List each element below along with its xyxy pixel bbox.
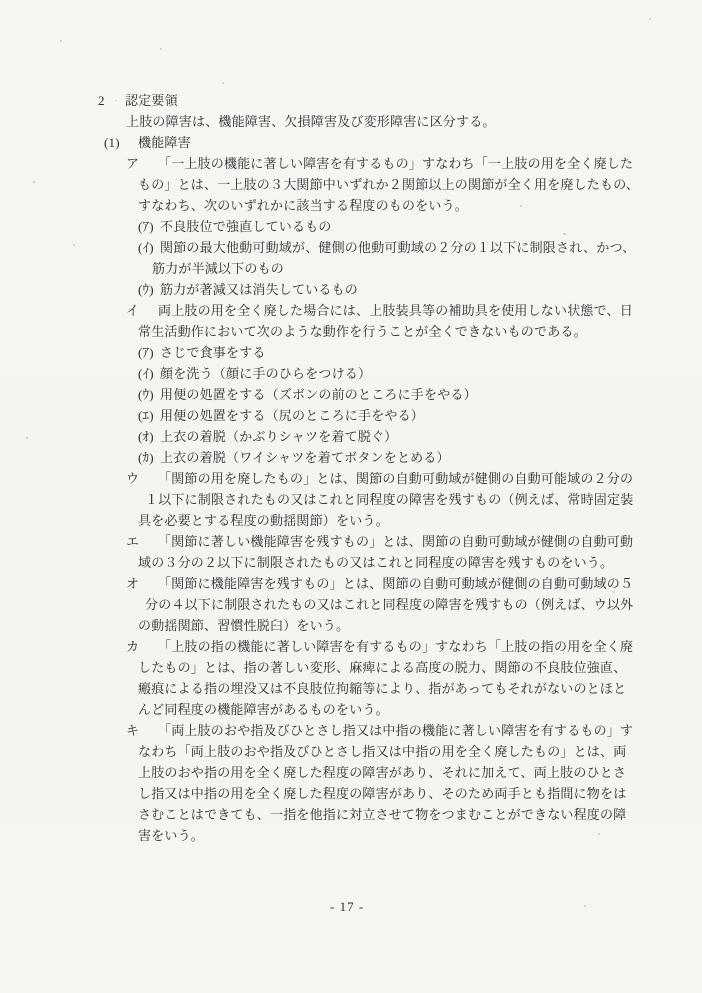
- doc-line: (ｳ)用便の処置をする（ズボンの前のところに手をやる）: [0, 384, 702, 405]
- line-label: エ: [126, 531, 158, 552]
- doc-line: エ「関節に著しい機能障害を残すもの」とは、関節の自動可動域が健側の自動可動: [0, 531, 702, 552]
- line-text: 上肢のおや指の用を全く廃した程度の障害があり、それに加えて、両上肢のひとさ: [138, 765, 626, 780]
- line-text: 常生活動作において次のような動作を行うことが全くできないものである。: [138, 324, 587, 339]
- line-text: 顔を洗う（顔に手のひらをつける）: [160, 366, 371, 381]
- doc-line: １以下に制限されたもの又はこれと同程度の障害を残すもの（例えば、常時固定装: [0, 489, 702, 510]
- doc-line: (ｵ)上衣の着脱（かぶりシャツを着て脱ぐ）: [0, 426, 702, 447]
- doc-line: 瘢痕による指の埋没又は不良肢位拘縮等により、指があってもそれがないのとほと: [0, 678, 702, 699]
- doc-line: 具を必要とする程度の動揺関節）をいう。: [0, 510, 702, 531]
- doc-line: キ「両上肢のおや指及びひとさし指又は中指の機能に著しい障害を有するもの」す: [0, 720, 702, 741]
- line-text: 害をいう。: [138, 828, 204, 843]
- doc-line: (ｱ)不良肢位で強直しているもの: [0, 216, 702, 237]
- line-label: 2: [98, 90, 125, 111]
- line-text: んど同程度の機能障害があるものをいう。: [138, 702, 389, 717]
- scan-speck: [222, 82, 224, 84]
- line-text: したもの」とは、指の著しい変形、麻痺による高度の脱力、関節の不良肢位強直、: [138, 660, 626, 675]
- line-label: (ｵ): [138, 426, 160, 447]
- line-text: の動揺関節、習慣性脱臼）をいう。: [138, 618, 349, 633]
- line-label: (ｴ): [138, 405, 160, 426]
- line-label: ウ: [126, 468, 158, 489]
- line-label: (ｶ): [138, 447, 160, 468]
- line-text: 不良肢位で強直しているもの: [160, 219, 332, 234]
- scan-speck: [60, 40, 62, 42]
- doc-line: 筋力が半減以下のもの: [0, 258, 702, 279]
- scan-speck: [563, 233, 566, 235]
- doc-line: なわち「両上肢のおや指及びひとさし指又は中指の用を全く廃したもの」とは、両: [0, 741, 702, 762]
- line-label: オ: [126, 573, 158, 594]
- scan-speck: [33, 181, 35, 183]
- line-label: (ｳ): [138, 279, 160, 300]
- doc-line: (ｴ)用便の処置をする（尻のところに手をやる）: [0, 405, 702, 426]
- page-number: - 17 -: [330, 899, 364, 915]
- line-text: 「関節の用を廃したもの」とは、関節の自動可動域が健側の自動可能域の２分の: [158, 471, 633, 486]
- scan-speck: [26, 437, 28, 439]
- scan-speck: [115, 100, 117, 101]
- line-text: 機能障害: [138, 135, 191, 150]
- line-text: し指又は中指の用を全く廃した程度の障害があり、そのため両手とも指間に物をは: [138, 786, 626, 801]
- scan-speck: [160, 48, 162, 50]
- doc-line: 分の４以下に制限されたもの又はこれと同程度の障害を残すもの（例えば、ウ以外: [0, 594, 702, 615]
- scan-speck: [598, 833, 600, 835]
- scanned-document-page: 2認定要領上肢の障害は、機能障害、欠損障害及び変形障害に区分する。(1)機能障害…: [0, 0, 702, 993]
- doc-line: 害をいう。: [0, 825, 702, 846]
- scan-speck: [613, 591, 615, 593]
- line-text: 関節の最大他動可動域が、健側の他動可動域の２分の１以下に制限され、かつ、: [160, 240, 635, 255]
- scan-speck: [584, 905, 586, 907]
- line-text: 用便の処置をする（尻のところに手をやる）: [160, 408, 424, 423]
- line-text: 筋力が著減又は消失しているもの: [160, 282, 358, 297]
- doc-line: 上肢のおや指の用を全く廃した程度の障害があり、それに加えて、両上肢のひとさ: [0, 762, 702, 783]
- line-text: 「関節に機能障害を残すもの」とは、関節の自動可動域が健側の自動可動域の５: [158, 576, 633, 591]
- line-text: もの」とは、一上肢の３大関節中いずれか２関節以上の関節が全く用を廃したもの、: [138, 177, 639, 192]
- line-text: なわち「両上肢のおや指及びひとさし指又は中指の用を全く廃したもの」とは、両: [138, 744, 626, 759]
- doc-line: 2認定要領: [0, 90, 702, 111]
- line-text: 「上肢の指の機能に著しい障害を有するもの」すなわち「上肢の指の用を全く廃: [158, 639, 633, 654]
- doc-line: 上肢の障害は、機能障害、欠損障害及び変形障害に区分する。: [0, 111, 702, 132]
- scan-speck: [73, 244, 75, 246]
- line-label: カ: [126, 636, 158, 657]
- doc-line: すなわち、次のいずれかに該当する程度のものをいう。: [0, 195, 702, 216]
- line-label: (ｱ): [138, 216, 160, 237]
- doc-line: (ｳ)筋力が著減又は消失しているもの: [0, 279, 702, 300]
- line-label: (ｳ): [138, 384, 160, 405]
- line-text: 用便の処置をする（ズボンの前のところに手をやる）: [160, 387, 477, 402]
- line-text: １以下に制限されたもの又はこれと同程度の障害を残すもの（例えば、常時固定装: [145, 492, 633, 507]
- line-text: さむことはできても、一指を他指に対立させて物をつまむことができない程度の障: [138, 807, 626, 822]
- line-text: 「関節に著しい機能障害を残すもの」とは、関節の自動可動域が健側の自動可動: [158, 534, 633, 549]
- doc-line: 常生活動作において次のような動作を行うことが全くできないものである。: [0, 321, 702, 342]
- doc-line: 域の３分の２以下に制限されたもの又はこれと同程度の障害を残すものをいう。: [0, 552, 702, 573]
- doc-line: ア「一上肢の機能に著しい障害を有するもの」すなわち「一上肢の用を全く廃した: [0, 153, 702, 174]
- line-text: 両上肢の用を全く廃した場合には、上肢装具等の補助具を使用しない状態で、日: [158, 303, 633, 318]
- line-text: すなわち、次のいずれかに該当する程度のものをいう。: [138, 198, 468, 213]
- line-label: (ｱ): [138, 342, 160, 363]
- line-text: さじで食事をする: [160, 345, 266, 360]
- line-text: 「一上肢の機能に著しい障害を有するもの」すなわち「一上肢の用を全く廃した: [158, 156, 633, 171]
- line-label: ア: [126, 153, 158, 174]
- document-body: 2認定要領上肢の障害は、機能障害、欠損障害及び変形障害に区分する。(1)機能障害…: [0, 90, 702, 846]
- line-label: (1): [104, 132, 138, 153]
- line-text: 上衣の着脱（かぶりシャツを着て脱ぐ）: [160, 429, 397, 444]
- doc-line: (ｲ)顔を洗う（顔に手のひらをつける）: [0, 363, 702, 384]
- doc-line: (1)機能障害: [0, 132, 702, 153]
- line-text: 分の４以下に制限されたもの又はこれと同程度の障害を残すもの（例えば、ウ以外: [145, 597, 633, 612]
- line-text: 認定要領: [125, 93, 178, 108]
- line-text: 域の３分の２以下に制限されたもの又はこれと同程度の障害を残すものをいう。: [138, 555, 613, 570]
- line-label: (ｲ): [138, 237, 160, 258]
- doc-line: もの」とは、一上肢の３大関節中いずれか２関節以上の関節が全く用を廃したもの、: [0, 174, 702, 195]
- doc-line: んど同程度の機能障害があるものをいう。: [0, 699, 702, 720]
- doc-line: (ｱ)さじで食事をする: [0, 342, 702, 363]
- doc-line: したもの」とは、指の著しい変形、麻痺による高度の脱力、関節の不良肢位強直、: [0, 657, 702, 678]
- doc-line: オ「関節に機能障害を残すもの」とは、関節の自動可動域が健側の自動可動域の５: [0, 573, 702, 594]
- line-label: イ: [126, 300, 158, 321]
- line-text: 筋力が半減以下のもの: [152, 261, 284, 276]
- scan-speck: [520, 205, 522, 207]
- line-text: 「両上肢のおや指及びひとさし指又は中指の機能に著しい障害を有するもの」す: [158, 723, 633, 738]
- line-text: 具を必要とする程度の動揺関節）をいう。: [138, 513, 389, 528]
- line-text: 上衣の着脱（ワイシャツを着てボタンをとめる）: [160, 450, 450, 465]
- line-text: 瘢痕による指の埋没又は不良肢位拘縮等により、指があってもそれがないのとほと: [138, 681, 626, 696]
- line-label: キ: [126, 720, 158, 741]
- doc-line: カ「上肢の指の機能に著しい障害を有するもの」すなわち「上肢の指の用を全く廃: [0, 636, 702, 657]
- scan-speck: [649, 18, 651, 20]
- line-label: (ｲ): [138, 363, 160, 384]
- doc-line: し指又は中指の用を全く廃した程度の障害があり、そのため両手とも指間に物をは: [0, 783, 702, 804]
- doc-line: イ両上肢の用を全く廃した場合には、上肢装具等の補助具を使用しない状態で、日: [0, 300, 702, 321]
- doc-line: (ｶ)上衣の着脱（ワイシャツを着てボタンをとめる）: [0, 447, 702, 468]
- doc-line: ウ「関節の用を廃したもの」とは、関節の自動可動域が健側の自動可能域の２分の: [0, 468, 702, 489]
- doc-line: (ｲ)関節の最大他動可動域が、健側の他動可動域の２分の１以下に制限され、かつ、: [0, 237, 702, 258]
- doc-line: の動揺関節、習慣性脱臼）をいう。: [0, 615, 702, 636]
- doc-line: さむことはできても、一指を他指に対立させて物をつまむことができない程度の障: [0, 804, 702, 825]
- line-text: 上肢の障害は、機能障害、欠損障害及び変形障害に区分する。: [126, 114, 496, 129]
